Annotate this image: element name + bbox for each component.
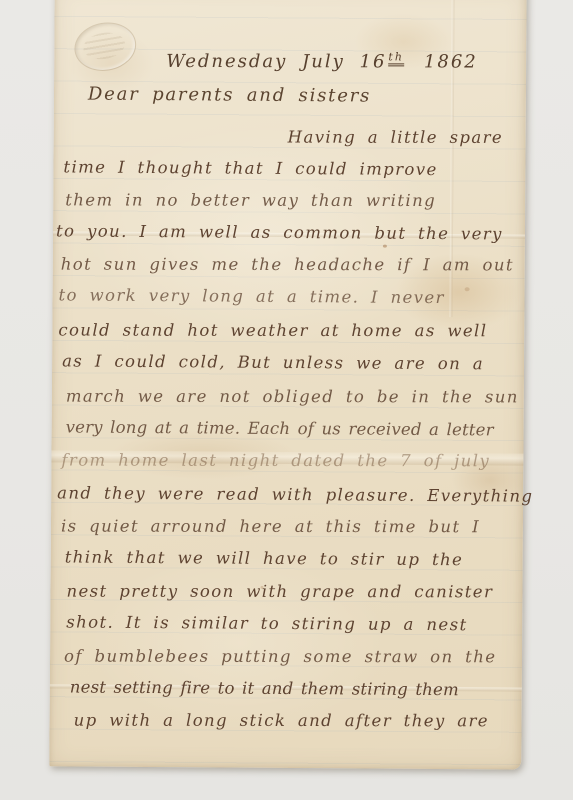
letter-line: very long at a time. Each of us received…: [66, 417, 494, 439]
letter-line: could stand hot weather at home as well: [58, 321, 487, 341]
letter-line: and they were read with pleasure. Everyt…: [57, 483, 533, 505]
date-year: 1862: [424, 51, 478, 72]
letter-line: nest pretty soon with grape and canister: [66, 582, 493, 602]
letter-line: to you. I am well as common but the very: [56, 221, 503, 243]
date-ordinal-suffix: th: [388, 50, 404, 66]
age-spot: [465, 287, 470, 291]
scanned-letter-image: Wednesday July 16th1862 Dear parents and…: [0, 0, 573, 800]
letter-line: up with a long stick and after they are: [74, 711, 489, 731]
letter-line: to work very long at a time. I never: [59, 285, 445, 307]
salutation-line: Dear parents and sisters: [88, 84, 371, 107]
letter-line: as I could cold, But unless we are on a: [62, 351, 484, 373]
letter-line: Having a little spare: [288, 128, 503, 147]
letter-line: shot. It is similar to stiring up a nest: [66, 612, 467, 634]
letter-line: from home last night dated the 7 of july: [61, 451, 490, 471]
embossed-seal: [71, 18, 140, 76]
letter-line: of bumblebees putting some straw on the: [64, 647, 496, 667]
letter-page: Wednesday July 16th1862 Dear parents and…: [49, 0, 526, 770]
letter-line: think that we will have to stir up the: [65, 547, 464, 569]
letter-line: nest setting fire to it and them stiring…: [70, 677, 459, 699]
date-line: Wednesday July 16th1862: [166, 50, 478, 73]
age-spot: [383, 245, 387, 248]
letter-line: them in no better way than writing: [65, 190, 436, 210]
letter-line: time I thought that I could improve: [63, 157, 437, 179]
letter-line: march we are not obliged to be in the su…: [66, 387, 519, 407]
letter-line: hot sun gives me the headache if I am ou…: [61, 255, 514, 275]
letter-line: is quiet arround here at this time but I: [61, 517, 480, 537]
embossed-seal-inner: [81, 30, 127, 63]
date-prefix: Wednesday July 16: [166, 51, 386, 72]
